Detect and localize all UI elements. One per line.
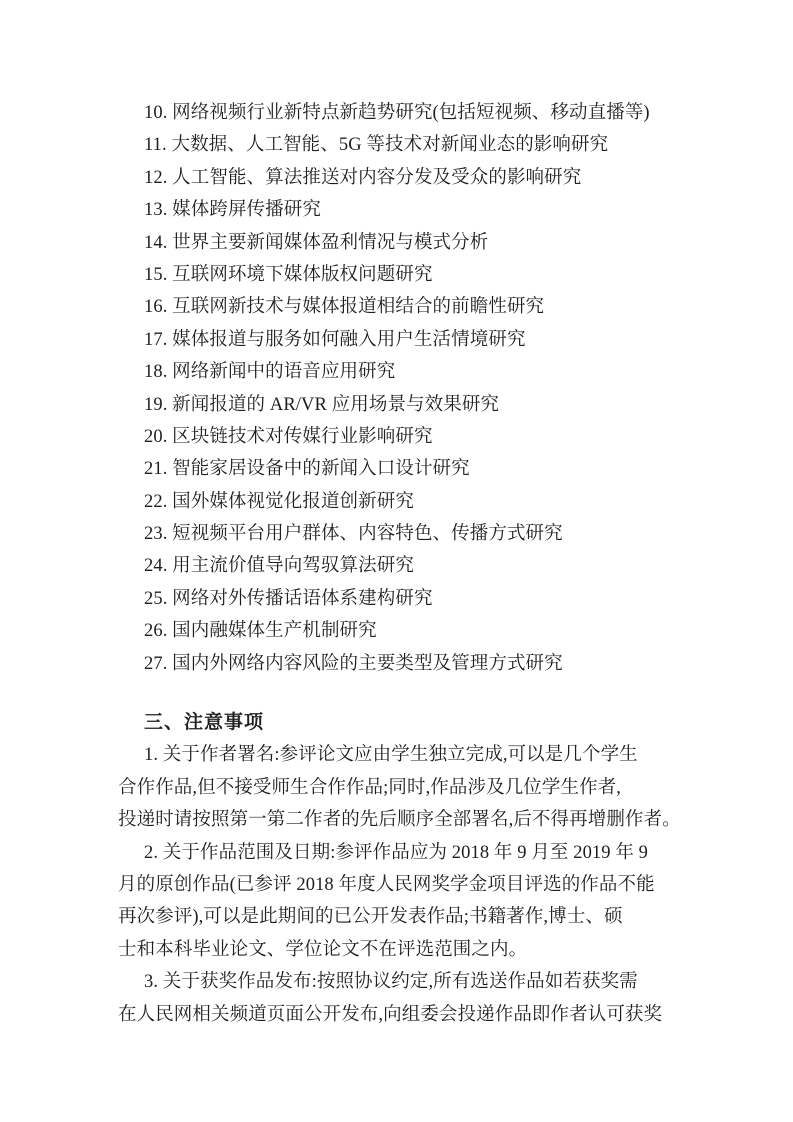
topic-item: 26. 国内融媒体生产机制研究 — [118, 615, 690, 647]
paragraph-line: 合作作品,但不接受师生合作作品;同时,作品涉及几位学生作者, — [118, 772, 690, 804]
paragraph-line: 士和本科毕业论文、学位论文不在评选范围之内。 — [118, 934, 690, 966]
topic-item: 25. 网络对外传播话语体系建构研究 — [118, 583, 690, 615]
topic-item: 21. 智能家居设备中的新闻入口设计研究 — [118, 453, 690, 485]
topic-item: 16. 互联网新技术与媒体报道相结合的前瞻性研究 — [118, 291, 690, 323]
topic-item: 20. 区块链技术对传媒行业影响研究 — [118, 421, 690, 453]
paragraph-line: 2. 关于作品范围及日期:参评作品应为 2018 年 9 月至 2019 年 9 — [118, 837, 690, 869]
paragraph-line: 月的原创作品(已参评 2018 年度人民网奖学金项目评选的作品不能 — [118, 869, 690, 901]
paragraph-line: 3. 关于获奖作品发布:按照协议约定,所有选送作品如若获奖需 — [118, 966, 690, 998]
topic-item: 19. 新闻报道的 AR/VR 应用场景与效果研究 — [118, 389, 690, 421]
paragraph-line: 再次参评),可以是此期间的已公开发表作品;书籍著作,博士、硕 — [118, 901, 690, 933]
topic-item: 27. 国内外网络内容风险的主要类型及管理方式研究 — [118, 648, 690, 680]
section-heading-notes: 三、注意事项 — [118, 707, 690, 739]
document-page: 10. 网络视频行业新特点新趋势研究(包括短视频、移动直播等) 11. 大数据、… — [0, 0, 793, 1122]
topic-item: 14. 世界主要新闻媒体盈利情况与模式分析 — [118, 227, 690, 259]
topic-item: 15. 互联网环境下媒体版权问题研究 — [118, 259, 690, 291]
topic-item: 23. 短视频平台用户群体、内容特色、传播方式研究 — [118, 518, 690, 550]
topic-item: 11. 大数据、人工智能、5G 等技术对新闻业态的影响研究 — [118, 129, 690, 161]
paragraph-line: 在人民网相关频道页面公开发布,向组委会投递作品即作者认可获奖 — [118, 999, 690, 1031]
topic-item: 13. 媒体跨屏传播研究 — [118, 194, 690, 226]
topic-item: 22. 国外媒体视觉化报道创新研究 — [118, 486, 690, 518]
paragraph-author-signature: 1. 关于作者署名:参评论文应由学生独立完成,可以是几个学生 合作作品,但不接受… — [118, 739, 690, 836]
paragraph-award-publication: 3. 关于获奖作品发布:按照协议约定,所有选送作品如若获奖需 在人民网相关频道页… — [118, 966, 690, 1031]
topic-item: 17. 媒体报道与服务如何融入用户生活情境研究 — [118, 324, 690, 356]
topic-item: 10. 网络视频行业新特点新趋势研究(包括短视频、移动直播等) — [118, 97, 690, 129]
document-content: 10. 网络视频行业新特点新趋势研究(包括短视频、移动直播等) 11. 大数据、… — [0, 0, 690, 1031]
topic-item: 18. 网络新闻中的语音应用研究 — [118, 356, 690, 388]
topic-item: 24. 用主流价值导向驾驭算法研究 — [118, 550, 690, 582]
paragraph-line: 投递时请按照第一第二作者的先后顺序全部署名,后不得再增删作者。 — [118, 804, 690, 836]
paragraph-scope-dates: 2. 关于作品范围及日期:参评作品应为 2018 年 9 月至 2019 年 9… — [118, 837, 690, 967]
paragraph-line: 1. 关于作者署名:参评论文应由学生独立完成,可以是几个学生 — [118, 739, 690, 771]
topic-item: 12. 人工智能、算法推送对内容分发及受众的影响研究 — [118, 162, 690, 194]
